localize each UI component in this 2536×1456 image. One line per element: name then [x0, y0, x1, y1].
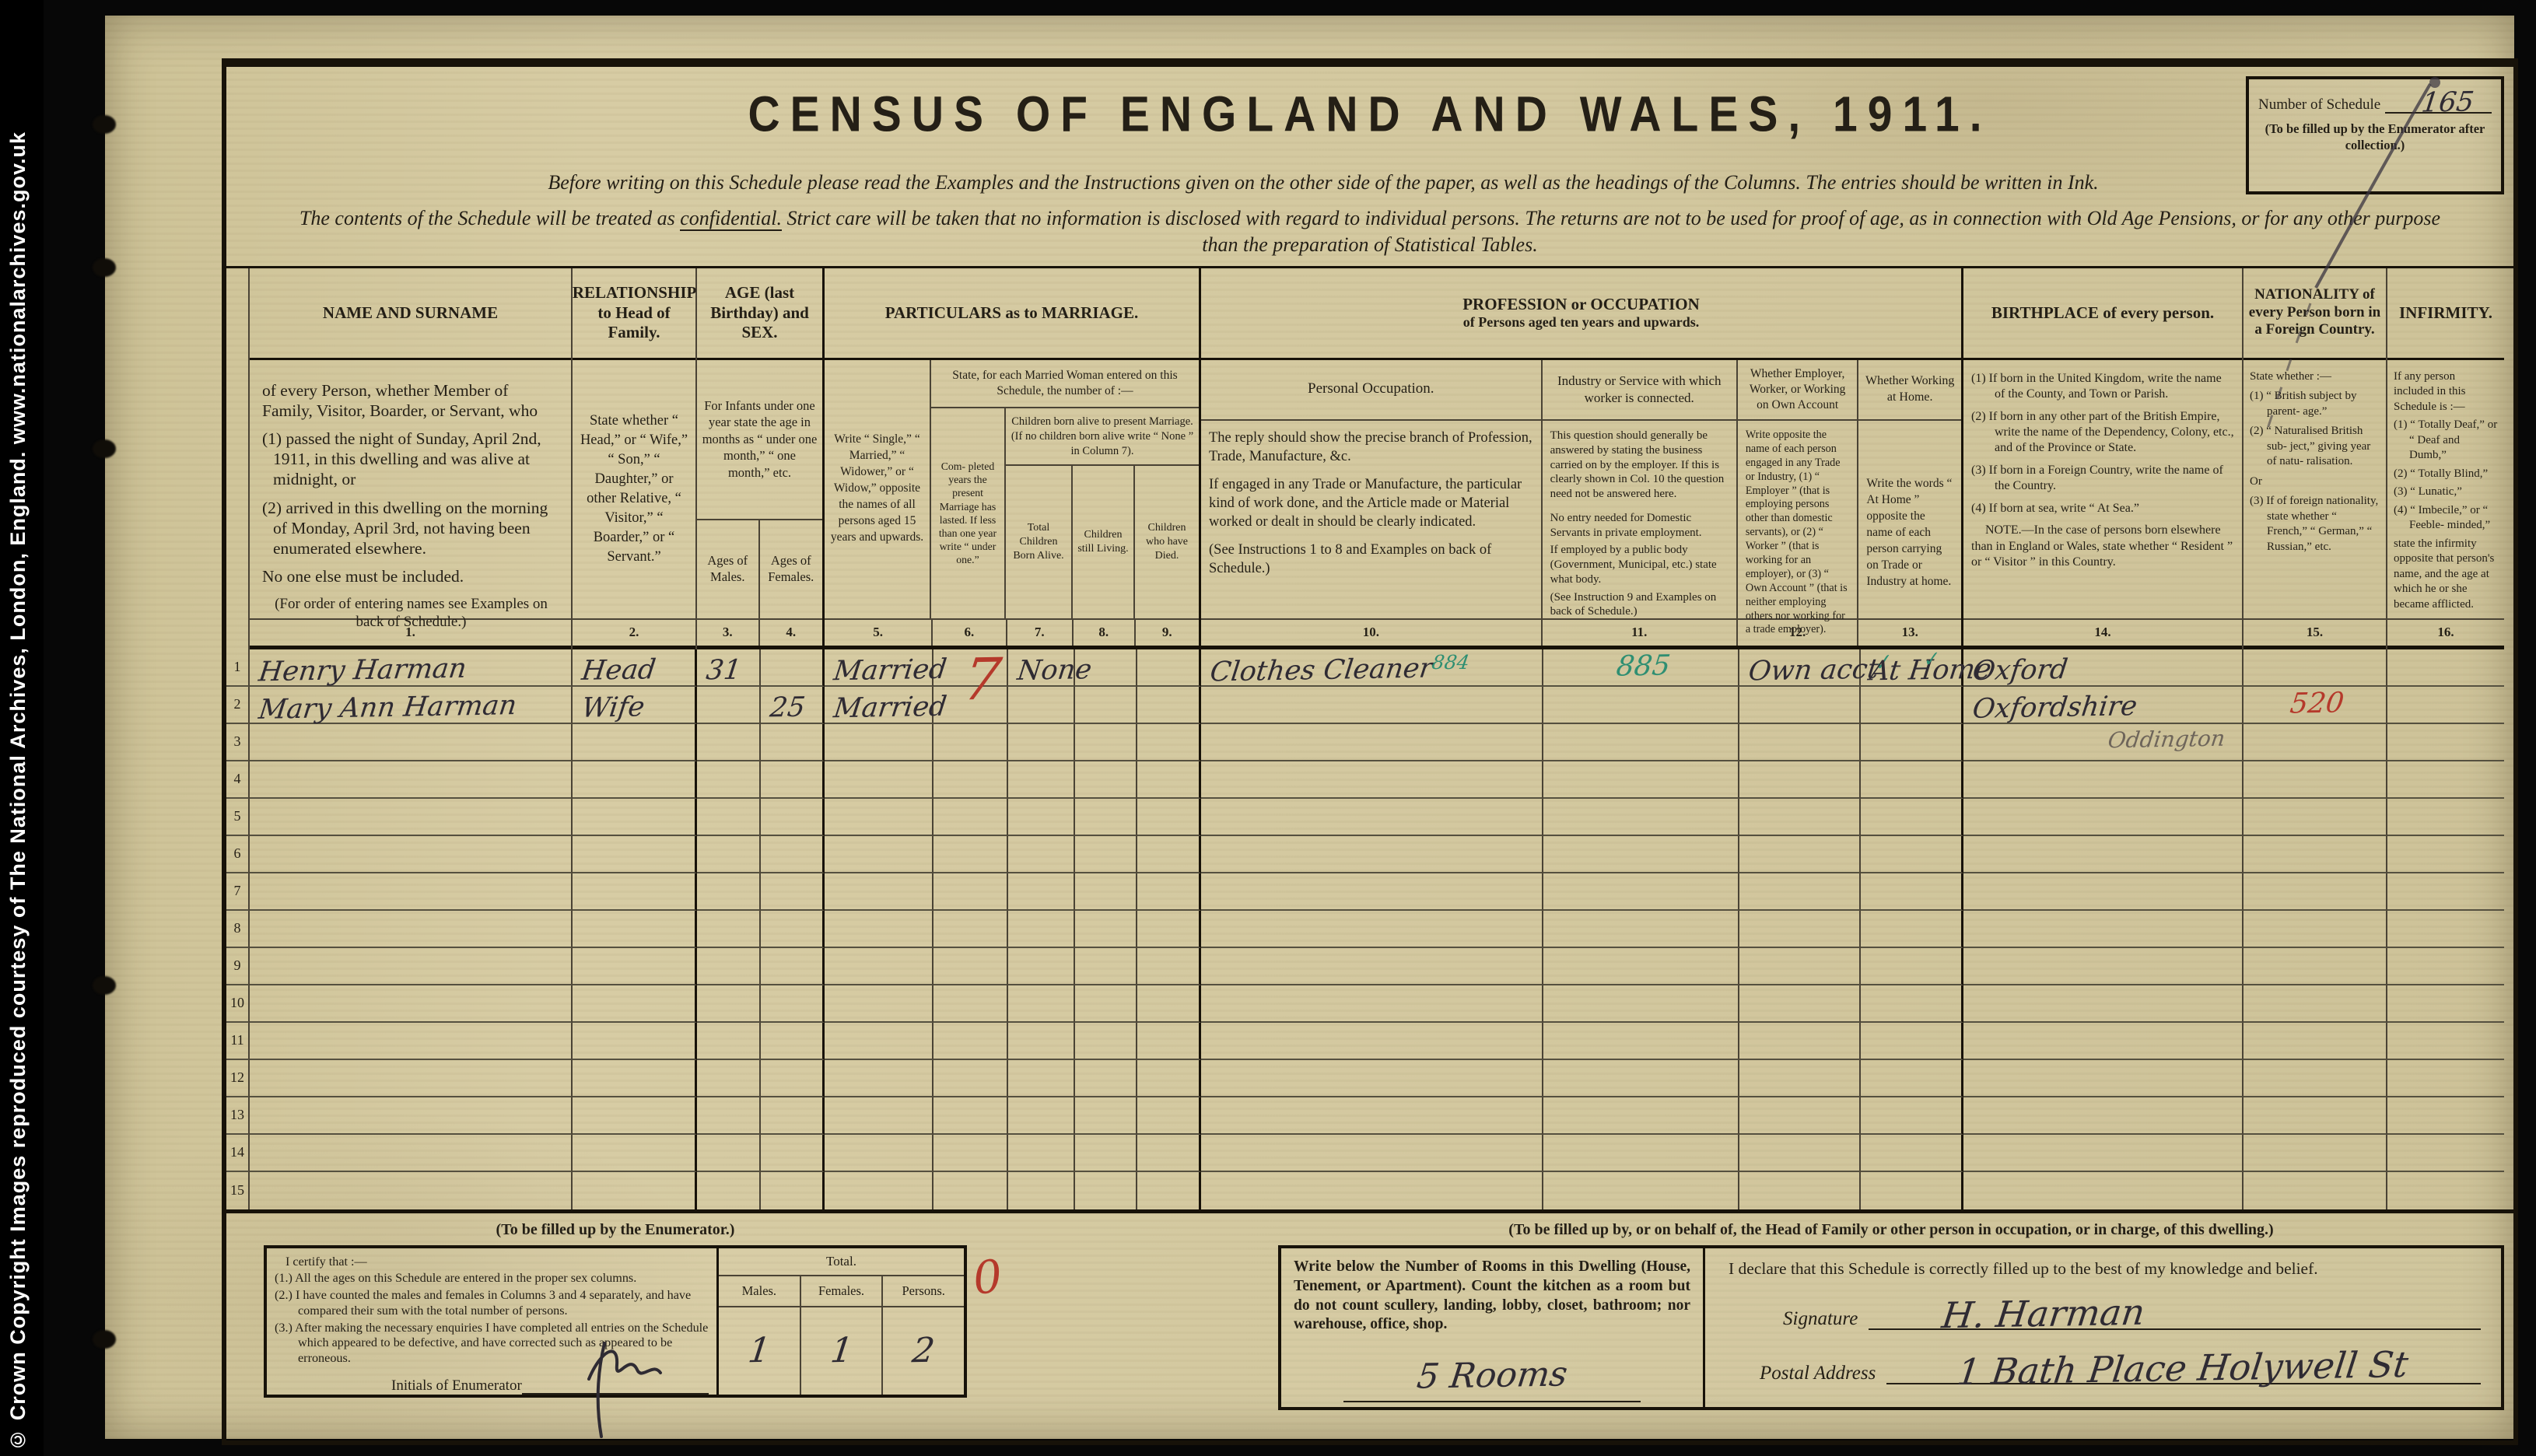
- cell-c16-row9: [2387, 948, 2504, 985]
- row-number-12: 12: [226, 1060, 250, 1097]
- cell-c3-row1: 31: [697, 649, 761, 687]
- cell-c9-row11: [1137, 1023, 1201, 1060]
- cell-c9-row3: [1137, 724, 1201, 761]
- employer-worker-label: Whether Employer, Worker, or Working on …: [1738, 360, 1859, 419]
- cell-c8-row4: [1075, 761, 1137, 799]
- cell-c12-row13: [1739, 1097, 1861, 1135]
- column-number-6: 6.: [933, 620, 1007, 646]
- entry-c14-row1: Oxford: [1971, 656, 2069, 685]
- employer-worker-instructions: Write opposite the name of each person e…: [1738, 421, 1859, 645]
- cell-c1-row4: [250, 761, 573, 799]
- cell-c8-row6: [1075, 836, 1137, 873]
- initials-line: [522, 1374, 709, 1395]
- rooms-value: 5 Rooms: [1415, 1357, 1569, 1394]
- cell-c13-row15: [1861, 1172, 1963, 1209]
- cell-c3-row14: [697, 1135, 761, 1172]
- entry-c11-row1: 885: [1614, 652, 1671, 681]
- column-relationship: RELATIONSHIP to Head of Family. State wh…: [573, 268, 697, 649]
- row-number-5: 5: [226, 799, 250, 836]
- cell-c2-row10: [573, 985, 697, 1023]
- cell-c4-row5: [761, 799, 825, 836]
- table-row-7: 7: [226, 873, 2513, 911]
- schedule-number-box: Number of Schedule 165 (To be filled up …: [2246, 76, 2504, 194]
- entry-c4-row2: 25: [769, 694, 807, 722]
- cell-c6-row15: [933, 1172, 1008, 1209]
- personal-occupation-instructions: The reply should show the precise branch…: [1201, 421, 1543, 645]
- cell-c13-row11: [1861, 1023, 1963, 1060]
- males-total-value: 1: [746, 1333, 772, 1367]
- cell-c4-row6: [761, 836, 825, 873]
- cell-c7-row13: [1008, 1097, 1075, 1135]
- cell-c8-row11: [1075, 1023, 1137, 1060]
- cell-c12-row6: [1739, 836, 1861, 873]
- cell-c3-row7: [697, 873, 761, 911]
- cell-c4-row8: [761, 911, 825, 948]
- cell-c15-row15: [2244, 1172, 2387, 1209]
- initials-label: Initials of Enumerator: [391, 1377, 522, 1395]
- cell-c3-row4: [697, 761, 761, 799]
- cell-c2-row12: [573, 1060, 697, 1097]
- cell-c2-row14: [573, 1135, 697, 1172]
- cell-c3-row8: [697, 911, 761, 948]
- red-zero-mark: 0: [971, 1249, 1005, 1304]
- cell-c16-row4: [2387, 761, 2504, 799]
- cell-c7-row5: [1008, 799, 1075, 836]
- punch-hole: [93, 976, 116, 995]
- cell-c3-row15: [697, 1172, 761, 1209]
- confidential-word: confidential.: [680, 207, 782, 231]
- relationship-title: RELATIONSHIP to Head of Family.: [573, 268, 695, 360]
- cell-c6-row5: [933, 799, 1008, 836]
- copyright-text: © Crown Copyright Images reproduced cour…: [6, 131, 30, 1451]
- entry-c10-row1: Clothes Cleaner: [1209, 655, 1434, 686]
- industry-service-instructions: This question should generally be answer…: [1543, 421, 1738, 645]
- cell-c5-row2: Married: [825, 687, 933, 724]
- table-row-15: 15: [226, 1172, 2513, 1209]
- row-number-6: 6: [226, 836, 250, 873]
- cell-c2-row7: [573, 873, 697, 911]
- cell-c3-row9: [697, 948, 761, 985]
- cell-c8-row2: [1075, 687, 1137, 724]
- cell-c7-row1: None: [1008, 649, 1075, 687]
- cell-c11-row15: [1543, 1172, 1739, 1209]
- cell-c16-row8: [2387, 911, 2504, 948]
- punch-hole: [93, 439, 116, 458]
- cell-c13-row2: [1861, 687, 1963, 724]
- table-row-1: 1Henry HarmanHead31Married7NoneClothes C…: [226, 649, 2513, 687]
- cell-c15-row7: [2244, 873, 2387, 911]
- cell-c13-row4: [1861, 761, 1963, 799]
- certification-text: I certify that :— (1.) All the ages on t…: [267, 1248, 716, 1395]
- cell-c11-row7: [1543, 873, 1739, 911]
- declaration-text: I declare that this Schedule is correctl…: [1729, 1259, 2481, 1279]
- rooms-answer-line: 5 Rooms: [1343, 1359, 1641, 1402]
- cell-c4-row11: [761, 1023, 825, 1060]
- cell-c9-row6: [1137, 836, 1201, 873]
- row-number-11: 11: [226, 1023, 250, 1060]
- entry-c2-row1: Head: [580, 656, 657, 685]
- cell-c2-row5: [573, 799, 697, 836]
- column-infirmity: INFIRMITY. If any person included in thi…: [2387, 268, 2504, 649]
- cell-c15-row12: [2244, 1060, 2387, 1097]
- row-number-2: 2: [226, 687, 250, 724]
- cell-c4-row15: [761, 1172, 825, 1209]
- cell-c11-row12: [1543, 1060, 1739, 1097]
- page-title: CENSUS OF ENGLAND AND WALES, 1911.: [226, 86, 2513, 143]
- cell-c16-row14: [2387, 1135, 2504, 1172]
- cell-c15-row13: [2244, 1097, 2387, 1135]
- persons-total-value: 2: [910, 1333, 936, 1367]
- cell-c3-row13: [697, 1097, 761, 1135]
- cell-c12-row11: [1739, 1023, 1861, 1060]
- cell-c14-row15: [1963, 1172, 2244, 1209]
- cell-c8-row13: [1075, 1097, 1137, 1135]
- cell-c2-row9: [573, 948, 697, 985]
- cell-c15-row14: [2244, 1135, 2387, 1172]
- cell-c15-row11: [2244, 1023, 2387, 1060]
- cell-c16-row12: [2387, 1060, 2504, 1097]
- cell-c12-row4: [1739, 761, 1861, 799]
- cell-c14-row8: [1963, 911, 2244, 948]
- column-number-14: 14.: [1963, 620, 2242, 646]
- cell-c16-row3: [2387, 724, 2504, 761]
- row-number-7: 7: [226, 873, 250, 911]
- cell-c5-row6: [825, 836, 933, 873]
- cell-c14-row14: [1963, 1135, 2244, 1172]
- cell-c7-row7: [1008, 873, 1075, 911]
- enumerator-section: (To be filled up by the Enumerator.) I c…: [264, 1221, 967, 1398]
- cell-c15-row3: [2244, 724, 2387, 761]
- cell-c12-row8: [1739, 911, 1861, 948]
- cell-c15-row2: 520: [2244, 687, 2387, 724]
- cell-c15-row1: [2244, 649, 2387, 687]
- cell-c4-row1: [761, 649, 825, 687]
- cell-c15-row9: [2244, 948, 2387, 985]
- cell-c2-row8: [573, 911, 697, 948]
- cell-c10-row13: [1201, 1097, 1543, 1135]
- column-number-8: 8.: [1074, 620, 1136, 646]
- column-group-age: AGE (last Birthday) and SEX. For Infants…: [697, 268, 825, 649]
- age-instructions: For Infants under one year state the age…: [697, 360, 822, 618]
- entry-c13-row1: ✓: [1921, 648, 1940, 670]
- cell-c8-row14: [1075, 1135, 1137, 1172]
- cell-c8-row8: [1075, 911, 1137, 948]
- schedule-number-value: 165: [2420, 89, 2475, 117]
- table-row-2: 2Mary Ann HarmanWife25MarriedOxfordshire…: [226, 687, 2513, 724]
- ages-of-males-label: Ages of Males.: [697, 520, 760, 618]
- cell-c12-row5: [1739, 799, 1861, 836]
- cell-c12-row15: [1739, 1172, 1861, 1209]
- cell-c2-row1: Head: [573, 649, 697, 687]
- column-number-7: 7.: [1007, 620, 1074, 646]
- column-number-15: 15.: [2244, 620, 2386, 646]
- enumerator-box: I certify that :— (1.) All the ages on t…: [264, 1245, 967, 1398]
- cell-c16-row6: [2387, 836, 2504, 873]
- rooms-instructions: Write below the Number of Rooms in this …: [1294, 1258, 1690, 1335]
- signature-label: Signature: [1783, 1308, 1858, 1330]
- cell-c10-row2: [1201, 687, 1543, 724]
- marriage-status-instructions: Write “ Single,” “ Married,” “ Widower,”…: [825, 360, 931, 618]
- entry-c14-row2: Oxfordshire: [1971, 693, 2139, 723]
- cell-c13-row7: [1861, 873, 1963, 911]
- cell-c4-row13: [761, 1097, 825, 1135]
- marriage-instructions: Write “ Single,” “ Married,” “ Widower,”…: [825, 360, 1199, 618]
- cell-c9-row1: [1137, 649, 1201, 687]
- cell-c7-row11: [1008, 1023, 1075, 1060]
- infirmity-title: INFIRMITY.: [2387, 268, 2504, 360]
- table-row-14: 14: [226, 1135, 2513, 1172]
- cell-c13-row9: [1861, 948, 1963, 985]
- cell-c2-row2: Wife: [573, 687, 697, 724]
- cell-c12-row9: [1739, 948, 1861, 985]
- cell-c13-row12: [1861, 1060, 1963, 1097]
- census-form-paper: CENSUS OF ENGLAND AND WALES, 1911. Numbe…: [105, 16, 2514, 1439]
- cell-c12-row12: [1739, 1060, 1861, 1097]
- table-row-9: 9: [226, 948, 2513, 985]
- relationship-instructions: State whether “ Head,” or “ Wife,” “ Son…: [573, 360, 695, 618]
- cell-c5-row3: [825, 724, 933, 761]
- table-row-13: 13: [226, 1097, 2513, 1135]
- cell-c9-row12: [1137, 1060, 1201, 1097]
- cell-c11-row10: [1543, 985, 1739, 1023]
- infirmity-instructions: If any person included in this Schedule …: [2387, 360, 2504, 618]
- cell-c7-row3: [1008, 724, 1075, 761]
- married-woman-note: State, for each Married Woman entered on…: [931, 360, 1199, 408]
- row-number-8: 8: [226, 911, 250, 948]
- table-row-4: 4: [226, 761, 2513, 799]
- column-group-profession: PROFESSION or OCCUPATION of Persons aged…: [1201, 268, 1963, 649]
- cell-c6-row14: [933, 1135, 1008, 1172]
- table-row-6: 6: [226, 836, 2513, 873]
- initials-row: Initials of Enumerator: [275, 1374, 709, 1395]
- cell-c7-row8: [1008, 911, 1075, 948]
- cell-c13-row5: [1861, 799, 1963, 836]
- cell-c2-row13: [573, 1097, 697, 1135]
- cell-c14-row10: [1963, 985, 2244, 1023]
- postal-address-label: Postal Address: [1760, 1363, 1876, 1384]
- cell-c1-row11: [250, 1023, 573, 1060]
- cell-c14-row11: [1963, 1023, 2244, 1060]
- personal-occupation-label: Personal Occupation.: [1201, 360, 1543, 419]
- postal-address-row: Postal Address 1 Bath Place Holywell St: [1729, 1353, 2481, 1384]
- cell-c15-row4: [2244, 761, 2387, 799]
- cell-c4-row2: 25: [761, 687, 825, 724]
- cell-c6-row6: [933, 836, 1008, 873]
- cell-c9-row5: [1137, 799, 1201, 836]
- cell-c1-row6: [250, 836, 573, 873]
- cell-c4-row3: [761, 724, 825, 761]
- cell-c2-row15: [573, 1172, 697, 1209]
- confidentiality-post: Strict care will be taken that no inform…: [782, 207, 2440, 229]
- column-number-4: 4.: [760, 620, 822, 646]
- cell-c4-row12: [761, 1060, 825, 1097]
- children-living-label: Children still Living.: [1073, 466, 1135, 618]
- cell-c5-row5: [825, 799, 933, 836]
- column-number-9: 9.: [1136, 620, 1199, 646]
- cell-c16-row2: [2387, 687, 2504, 724]
- census-table-body: 1Henry HarmanHead31Married7NoneClothes C…: [226, 649, 2513, 1213]
- name-title: NAME AND SURNAME: [250, 268, 571, 360]
- industry-service-label: Industry or Service with which worker is…: [1543, 360, 1738, 419]
- cell-c9-row15: [1137, 1172, 1201, 1209]
- punch-hole: [93, 258, 116, 277]
- head-of-family-section: (To be filled up by, or on behalf of, th…: [1278, 1221, 2504, 1410]
- cell-c8-row5: [1075, 799, 1137, 836]
- cell-c1-row13: [250, 1097, 573, 1135]
- masthead: CENSUS OF ENGLAND AND WALES, 1911. Numbe…: [226, 67, 2513, 168]
- cell-c7-row4: [1008, 761, 1075, 799]
- males-label: Males.: [719, 1276, 801, 1306]
- entry-c1-row1: Henry Harman: [257, 655, 468, 686]
- cell-c2-row6: [573, 836, 697, 873]
- cell-c10-row15: [1201, 1172, 1543, 1209]
- name-instructions: of every Person, whether Member of Famil…: [250, 360, 571, 618]
- table-header: NAME AND SURNAME of every Person, whethe…: [226, 266, 2513, 649]
- cell-c5-row10: [825, 985, 933, 1023]
- cell-c11-row5: [1543, 799, 1739, 836]
- working-at-home-label: Whether Working at Home.: [1858, 360, 1961, 419]
- row-number-4: 4: [226, 761, 250, 799]
- cell-c9-row9: [1137, 948, 1201, 985]
- cell-c5-row7: [825, 873, 933, 911]
- cell-c1-row1: Henry Harman: [250, 649, 573, 687]
- cell-c11-row4: [1543, 761, 1739, 799]
- punch-hole: [93, 115, 116, 134]
- table-row-5: 5: [226, 799, 2513, 836]
- cell-c3-row12: [697, 1060, 761, 1097]
- row-number-3: 3: [226, 724, 250, 761]
- cell-c7-row2: [1008, 687, 1075, 724]
- confidentiality-line2: than the preparation of Statistical Tabl…: [1202, 233, 1537, 256]
- row-number-13: 13: [226, 1097, 250, 1135]
- cell-c13-row3: [1861, 724, 1963, 761]
- cell-c6-row3: [933, 724, 1008, 761]
- total-label: Total.: [719, 1248, 964, 1276]
- cell-c6-row10: [933, 985, 1008, 1023]
- cell-c14-row2: OxfordshireOddington: [1963, 687, 2244, 724]
- cell-c14-row7: [1963, 873, 2244, 911]
- cell-c5-row11: [825, 1023, 933, 1060]
- cell-c10-row3: [1201, 724, 1543, 761]
- children-died-label: Children who have Died.: [1135, 466, 1199, 618]
- cell-c15-row8: [2244, 911, 2387, 948]
- cell-c2-row3: [573, 724, 697, 761]
- cell-c16-row7: [2387, 873, 2504, 911]
- schedule-number-note: (To be filled up by the Enumerator after…: [2258, 121, 2492, 153]
- schedule-number-line: 165: [2385, 90, 2492, 114]
- entry-c15-row2: 520: [2289, 689, 2345, 718]
- schedule-number-label: Number of Schedule: [2258, 96, 2380, 114]
- column-number-2: 2.: [573, 620, 695, 646]
- column-number-3: 3.: [697, 620, 760, 646]
- row-number-10: 10: [226, 985, 250, 1023]
- cell-c8-row9: [1075, 948, 1137, 985]
- cell-c9-row13: [1137, 1097, 1201, 1135]
- cell-c2-row4: [573, 761, 697, 799]
- cell-c3-row5: [697, 799, 761, 836]
- entry-c6-row1: 7: [961, 650, 1004, 709]
- marriage-years-instructions: Com- pleted years the present Marriage h…: [931, 408, 1006, 618]
- ages-of-females-label: Ages of Females.: [760, 520, 822, 618]
- cell-c3-row6: [697, 836, 761, 873]
- cell-c6-row7: [933, 873, 1008, 911]
- cell-c4-row4: [761, 761, 825, 799]
- cell-c4-row9: [761, 948, 825, 985]
- cell-c16-row11: [2387, 1023, 2504, 1060]
- cell-c11-row1: 885: [1543, 649, 1739, 687]
- cell-c5-row9: [825, 948, 933, 985]
- birthplace-title: BIRTHPLACE of every person.: [1963, 268, 2242, 360]
- cell-c7-row12: [1008, 1060, 1075, 1097]
- table-row-10: 10: [226, 985, 2513, 1023]
- declaration-cell: I declare that this Schedule is correctl…: [1705, 1248, 2501, 1407]
- cell-c1-row7: [250, 873, 573, 911]
- table-row-12: 12: [226, 1060, 2513, 1097]
- age-infants-note: For Infants under one year state the age…: [697, 360, 822, 519]
- working-at-home-instructions: Write the words “ At Home ” opposite the…: [1858, 421, 1961, 645]
- cell-c9-row14: [1137, 1135, 1201, 1172]
- children-total-label: Total Children Born Alive.: [1006, 466, 1073, 618]
- cell-c16-row15: [2387, 1172, 2504, 1209]
- cell-c9-row8: [1137, 911, 1201, 948]
- entry-c5-row2: Married: [832, 693, 948, 723]
- cell-c5-row15: [825, 1172, 933, 1209]
- cell-c16-row10: [2387, 985, 2504, 1023]
- row-number-9: 9: [226, 948, 250, 985]
- cell-c3-row10: [697, 985, 761, 1023]
- table-row-8: 8: [226, 911, 2513, 948]
- cell-c10-row8: [1201, 911, 1543, 948]
- cell-c6-row13: [933, 1097, 1008, 1135]
- postal-address-value: 1 Bath Place Holywell St: [1955, 1346, 2410, 1390]
- cell-c10-row6: [1201, 836, 1543, 873]
- females-total-value: 1: [828, 1333, 854, 1367]
- cell-c4-row7: [761, 873, 825, 911]
- confidentiality-pre: The contents of the Schedule will be tre…: [299, 207, 680, 229]
- cell-c8-row12: [1075, 1060, 1137, 1097]
- census-form: CENSUS OF ENGLAND AND WALES, 1911. Numbe…: [222, 58, 2518, 1445]
- cell-c3-row2: [697, 687, 761, 724]
- entry-c14-row2: Oddington: [2107, 727, 2226, 751]
- cell-c10-row7: [1201, 873, 1543, 911]
- cell-c8-row3: [1075, 724, 1137, 761]
- cell-c1-row8: [250, 911, 573, 948]
- enumerator-initials-signature: [578, 1339, 671, 1440]
- cell-c7-row14: [1008, 1135, 1075, 1172]
- cell-c10-row14: [1201, 1135, 1543, 1172]
- enumerator-heading: (To be filled up by the Enumerator.): [264, 1221, 967, 1239]
- cell-c1-row12: [250, 1060, 573, 1097]
- cell-c1-row9: [250, 948, 573, 985]
- column-number-5: 5.: [825, 620, 933, 646]
- cell-c14-row12: [1963, 1060, 2244, 1097]
- cell-c1-row2: Mary Ann Harman: [250, 687, 573, 724]
- cell-c9-row4: [1137, 761, 1201, 799]
- cell-c13-row13: [1861, 1097, 1963, 1135]
- family-box: Write below the Number of Rooms in this …: [1278, 1245, 2504, 1410]
- cell-c4-row10: [761, 985, 825, 1023]
- cell-c5-row13: [825, 1097, 933, 1135]
- cell-c12-row7: [1739, 873, 1861, 911]
- cell-c10-row9: [1201, 948, 1543, 985]
- cell-c10-row12: [1201, 1060, 1543, 1097]
- cell-c3-row11: [697, 1023, 761, 1060]
- column-group-marriage: PARTICULARS as to MARRIAGE. Write “ Sing…: [825, 268, 1201, 649]
- cell-c5-row4: [825, 761, 933, 799]
- rooms-cell: Write below the Number of Rooms in this …: [1281, 1248, 1705, 1407]
- cell-c4-row14: [761, 1135, 825, 1172]
- postal-address-line: 1 Bath Place Holywell St: [1886, 1353, 2481, 1384]
